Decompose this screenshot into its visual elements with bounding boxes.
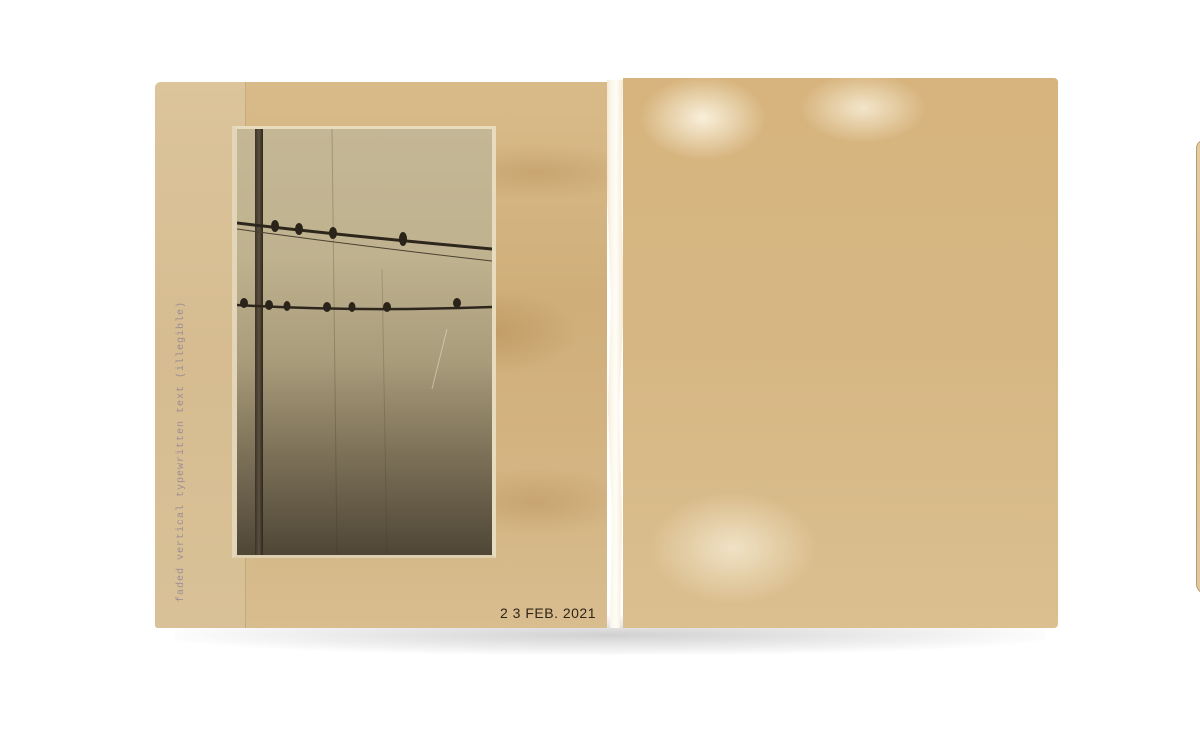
date-stamp: 2 3 FEB. 2021 bbox=[500, 605, 596, 621]
open-sketchbook: faded vertical typewritten text (illegib… bbox=[155, 78, 1058, 628]
faded-typed-text: faded vertical typewritten text (illegib… bbox=[175, 102, 235, 602]
torn-spine bbox=[605, 80, 625, 628]
birds-on-wire-photo bbox=[232, 126, 496, 558]
wires-and-birds-icon bbox=[237, 129, 492, 555]
right-page: 24 ¿ y pato del viaje me recordarás ? bbox=[623, 78, 1058, 628]
handwritten-card: ¿ y pato del viaje me recordarás ? bbox=[1196, 140, 1200, 594]
